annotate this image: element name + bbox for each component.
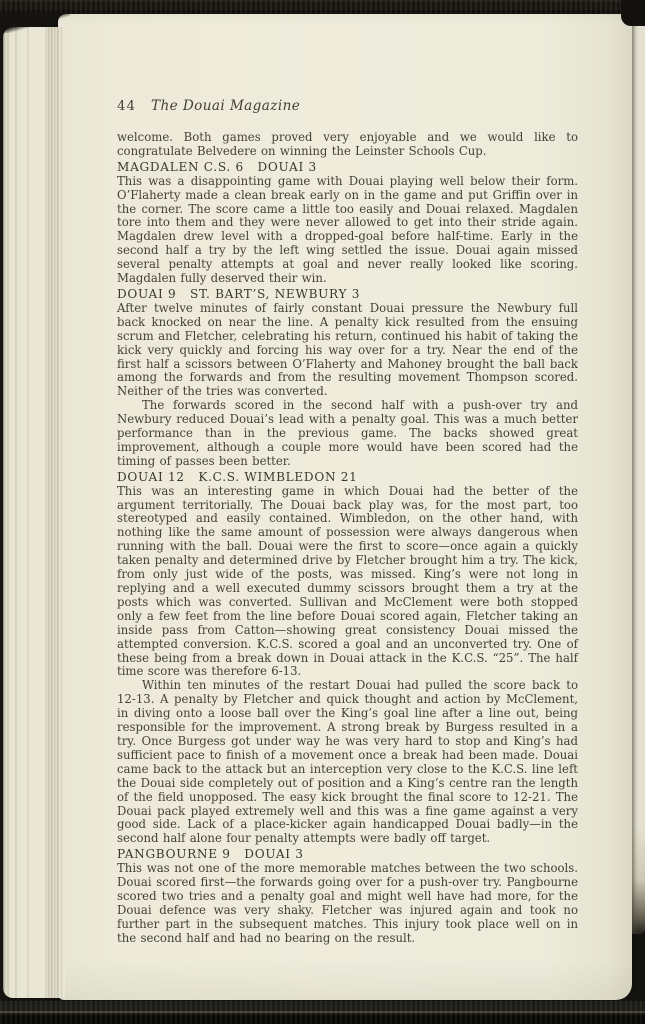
- book-cover-top: [0, 0, 645, 14]
- book-cover-top-right: [621, 0, 645, 26]
- page-number: 44: [117, 99, 136, 114]
- cover-corner-shadow: [0, 13, 70, 33]
- running-header: 44The Douai Magazine: [117, 95, 578, 110]
- underlying-page-edge: [632, 22, 645, 934]
- match-report-paragraph: This was not one of the more memorable m…: [117, 862, 578, 945]
- scanned-book-photo: 44The Douai Magazine welcome. Both games…: [0, 0, 645, 1024]
- printed-text-block: 44The Douai Magazine welcome. Both games…: [117, 95, 578, 946]
- match-report-paragraph: This was an interesting game in which Do…: [117, 485, 578, 680]
- match-report-paragraph: The forwards scored in the second half w…: [117, 399, 578, 469]
- match-heading-kcs-wimbledon: DOUAI 12 K.C.S. WIMBLEDON 21: [117, 471, 578, 485]
- page-edges-left: [3, 27, 65, 998]
- match-report-paragraph: Within ten minutes of the restart Douai …: [117, 679, 578, 846]
- book-cover-bottom: [0, 1000, 645, 1024]
- match-report-paragraph: After twelve minutes of fairly constant …: [117, 302, 578, 399]
- match-heading-st-barts: DOUAI 9 ST. BART’S, NEWBURY 3: [117, 288, 578, 302]
- magazine-page: 44The Douai Magazine welcome. Both games…: [58, 14, 632, 1000]
- intro-paragraph: welcome. Both games proved very enjoyabl…: [117, 131, 578, 159]
- match-report-paragraph: This was a disappointing game with Douai…: [117, 175, 578, 286]
- magazine-title: The Douai Magazine: [151, 98, 300, 114]
- match-heading-magdalen: MAGDALEN C.S. 6 DOUAI 3: [117, 161, 578, 175]
- match-heading-pangbourne: PANGBOURNE 9 DOUAI 3: [117, 848, 578, 862]
